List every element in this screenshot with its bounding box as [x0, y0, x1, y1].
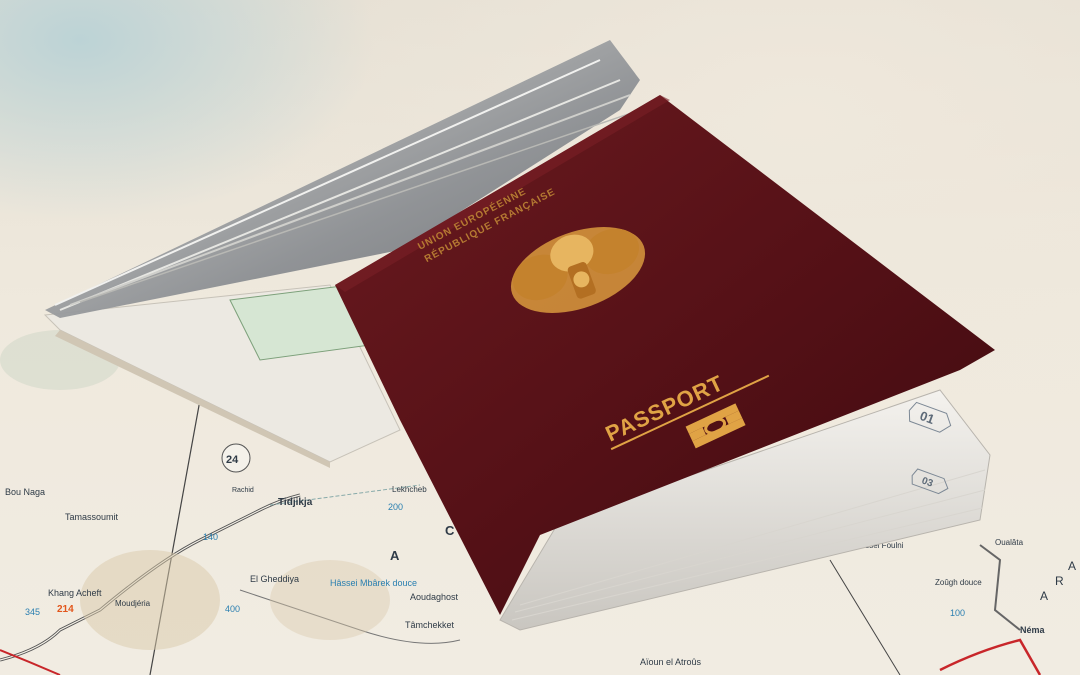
svg-text:400: 400 — [225, 604, 240, 614]
svg-text:R: R — [1055, 574, 1064, 588]
route-number: 24 — [226, 454, 239, 466]
svg-text:Tidjikja: Tidjikja — [278, 497, 313, 508]
passport-on-map-illustration: 24 Bou Naga Tamassoumit Tidjikja Rachid … — [0, 0, 1080, 675]
svg-text:Moudjéria: Moudjéria — [115, 599, 151, 608]
svg-text:Lekhcheb: Lekhcheb — [392, 485, 427, 494]
svg-text:A: A — [390, 548, 400, 563]
svg-text:Khang Acheft: Khang Acheft — [48, 588, 102, 598]
svg-text:Oualâta: Oualâta — [995, 538, 1024, 547]
svg-text:A: A — [1040, 589, 1048, 603]
svg-text:100: 100 — [950, 608, 965, 618]
svg-text:200: 200 — [388, 502, 403, 512]
svg-text:A: A — [1068, 559, 1076, 573]
svg-text:El Gheddiya: El Gheddiya — [250, 574, 299, 584]
svg-text:Rachid: Rachid — [232, 487, 254, 494]
svg-text:Hâssei Mbârek douce: Hâssei Mbârek douce — [330, 578, 417, 588]
svg-text:Tamassoumit: Tamassoumit — [65, 512, 119, 522]
svg-text:Bou Naga: Bou Naga — [5, 487, 45, 497]
svg-text:214: 214 — [57, 604, 74, 615]
svg-text:Aoudaghost: Aoudaghost — [410, 592, 459, 602]
svg-text:C: C — [445, 523, 455, 538]
svg-text:Néma: Néma — [1020, 625, 1046, 635]
svg-text:140: 140 — [203, 532, 218, 542]
photo-scene: 24 Bou Naga Tamassoumit Tidjikja Rachid … — [0, 0, 1080, 675]
svg-text:345: 345 — [25, 607, 40, 617]
svg-text:Tâmchekket: Tâmchekket — [405, 620, 455, 630]
svg-text:Aïoun el Atroûs: Aïoun el Atroûs — [640, 657, 702, 667]
svg-text:Zoûgh douce: Zoûgh douce — [935, 578, 982, 587]
